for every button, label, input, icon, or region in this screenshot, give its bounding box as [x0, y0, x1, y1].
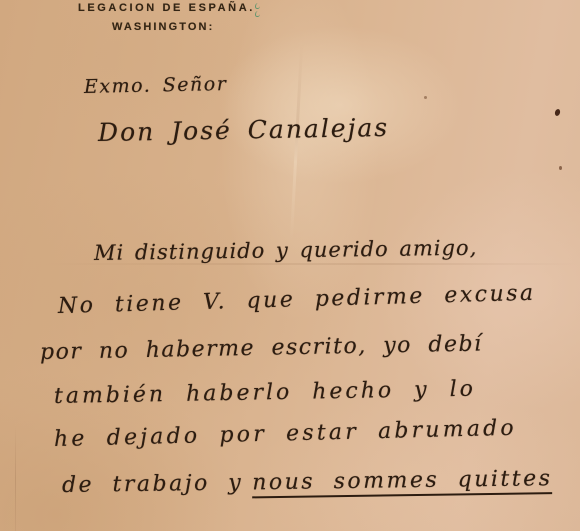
- salutation-honorific: Exmo. Señor: [84, 73, 228, 98]
- ink-spot: [554, 108, 561, 116]
- green-ink-mark: [253, 2, 261, 19]
- letter-page: LEGACION DE ESPAÑA. WASHINGTON: Exmo. Se…: [0, 0, 580, 531]
- body-closing-prefix: de trabajo y: [62, 470, 244, 498]
- body-line-4: he dejado por estar abrumado: [54, 416, 517, 452]
- body-greeting: Mi distinguido y querido amigo,: [94, 236, 478, 265]
- salutation-recipient: Don José Canalejas: [98, 113, 390, 147]
- ink-spot: [424, 96, 427, 99]
- body-line-2: por no haberme escrito, yo debí: [40, 332, 483, 365]
- paper-crease-left-edge: [15, 425, 16, 531]
- ink-spot: [559, 166, 562, 170]
- letterhead-line1: LEGACION DE ESPAÑA.: [78, 2, 255, 14]
- body-line-5: de trabajo ynous sommes quittes: [62, 466, 553, 498]
- body-line-1: No tiene V. que pedirme excusa: [58, 281, 536, 319]
- body-line-3: también haberlo hecho y lo: [54, 377, 476, 409]
- body-closing-underlined-phrase: nous sommes quittes: [252, 466, 553, 498]
- letterhead-line2: WASHINGTON:: [112, 21, 214, 33]
